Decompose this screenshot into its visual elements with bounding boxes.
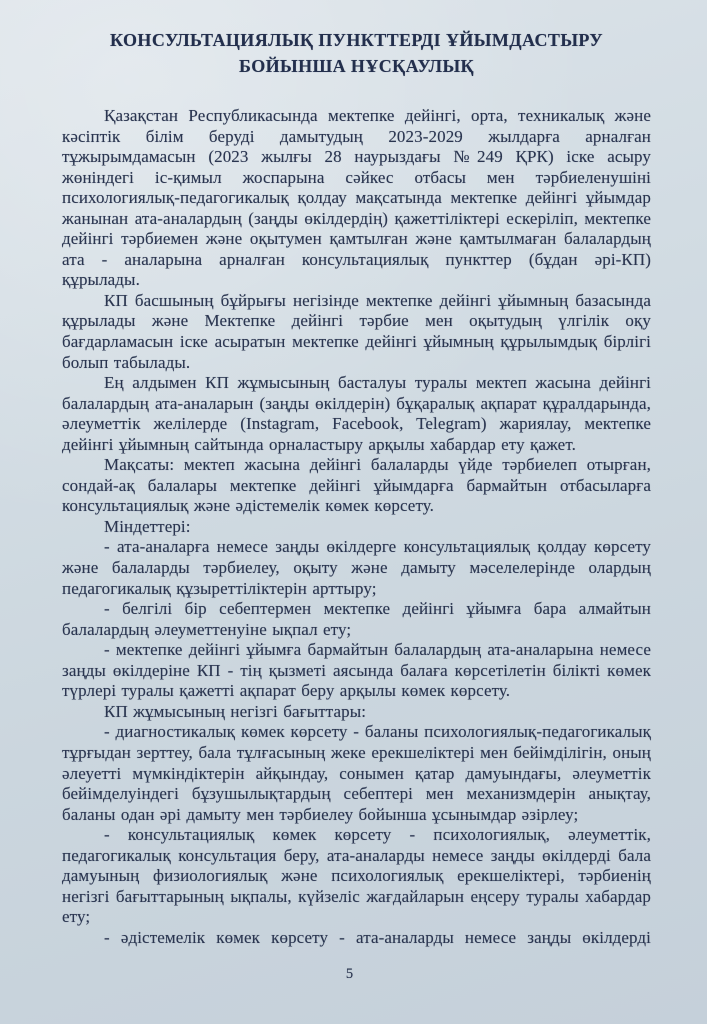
- page-number: 5: [0, 966, 699, 983]
- paragraph-announcement: Ең алдымен КП жұмысының басталуы туралы …: [62, 373, 651, 455]
- paragraph-task-3: - мектепке дейінгі ұйымға бармайтын бала…: [62, 640, 651, 702]
- paragraph-directions-heading: КП жұмысының негізгі бағыттары:: [62, 702, 651, 723]
- document-title-line2: БОЙЫНША НҰСҚАУЛЫҚ: [239, 56, 474, 76]
- paragraph-direction-consulting: - консультациялық көмек көрсету - психол…: [62, 825, 651, 928]
- document-content: КОНСУЛЬТАЦИЯЛЫҚ ПУНКТТЕРДІ ҰЙЫМДАСТЫРУ Б…: [0, 0, 707, 948]
- paragraph-direction-methodical: - әдістемелік көмек көрсету - ата-аналар…: [62, 928, 651, 949]
- paragraph-task-2: - белгілі бір себептермен мектепке дейін…: [62, 599, 651, 640]
- paragraph-tasks-heading: Міндеттері:: [62, 517, 651, 538]
- document-title-line1: КОНСУЛЬТАЦИЯЛЫҚ ПУНКТТЕРДІ ҰЙЫМДАСТЫРУ: [110, 30, 603, 50]
- scanned-document-page: КОНСУЛЬТАЦИЯЛЫҚ ПУНКТТЕРДІ ҰЙЫМДАСТЫРУ Б…: [0, 0, 707, 1024]
- paragraph-intro: Қазақстан Республикасында мектепке дейін…: [62, 106, 651, 291]
- paragraph-direction-diagnostic: - диагностикалық көмек көрсету - баланы …: [62, 722, 651, 825]
- paragraph-kp-basis: КП басшының бұйрығы негізінде мектепке д…: [62, 291, 651, 373]
- paragraph-goal: Мақсаты: мектеп жасына дейінгі балаларды…: [62, 455, 651, 517]
- document-title: КОНСУЛЬТАЦИЯЛЫҚ ПУНКТТЕРДІ ҰЙЫМДАСТЫРУ Б…: [62, 27, 651, 79]
- document-body: Қазақстан Республикасында мектепке дейін…: [62, 106, 651, 948]
- paragraph-task-1: - ата-аналарға немесе заңды өкілдерге ко…: [62, 537, 651, 599]
